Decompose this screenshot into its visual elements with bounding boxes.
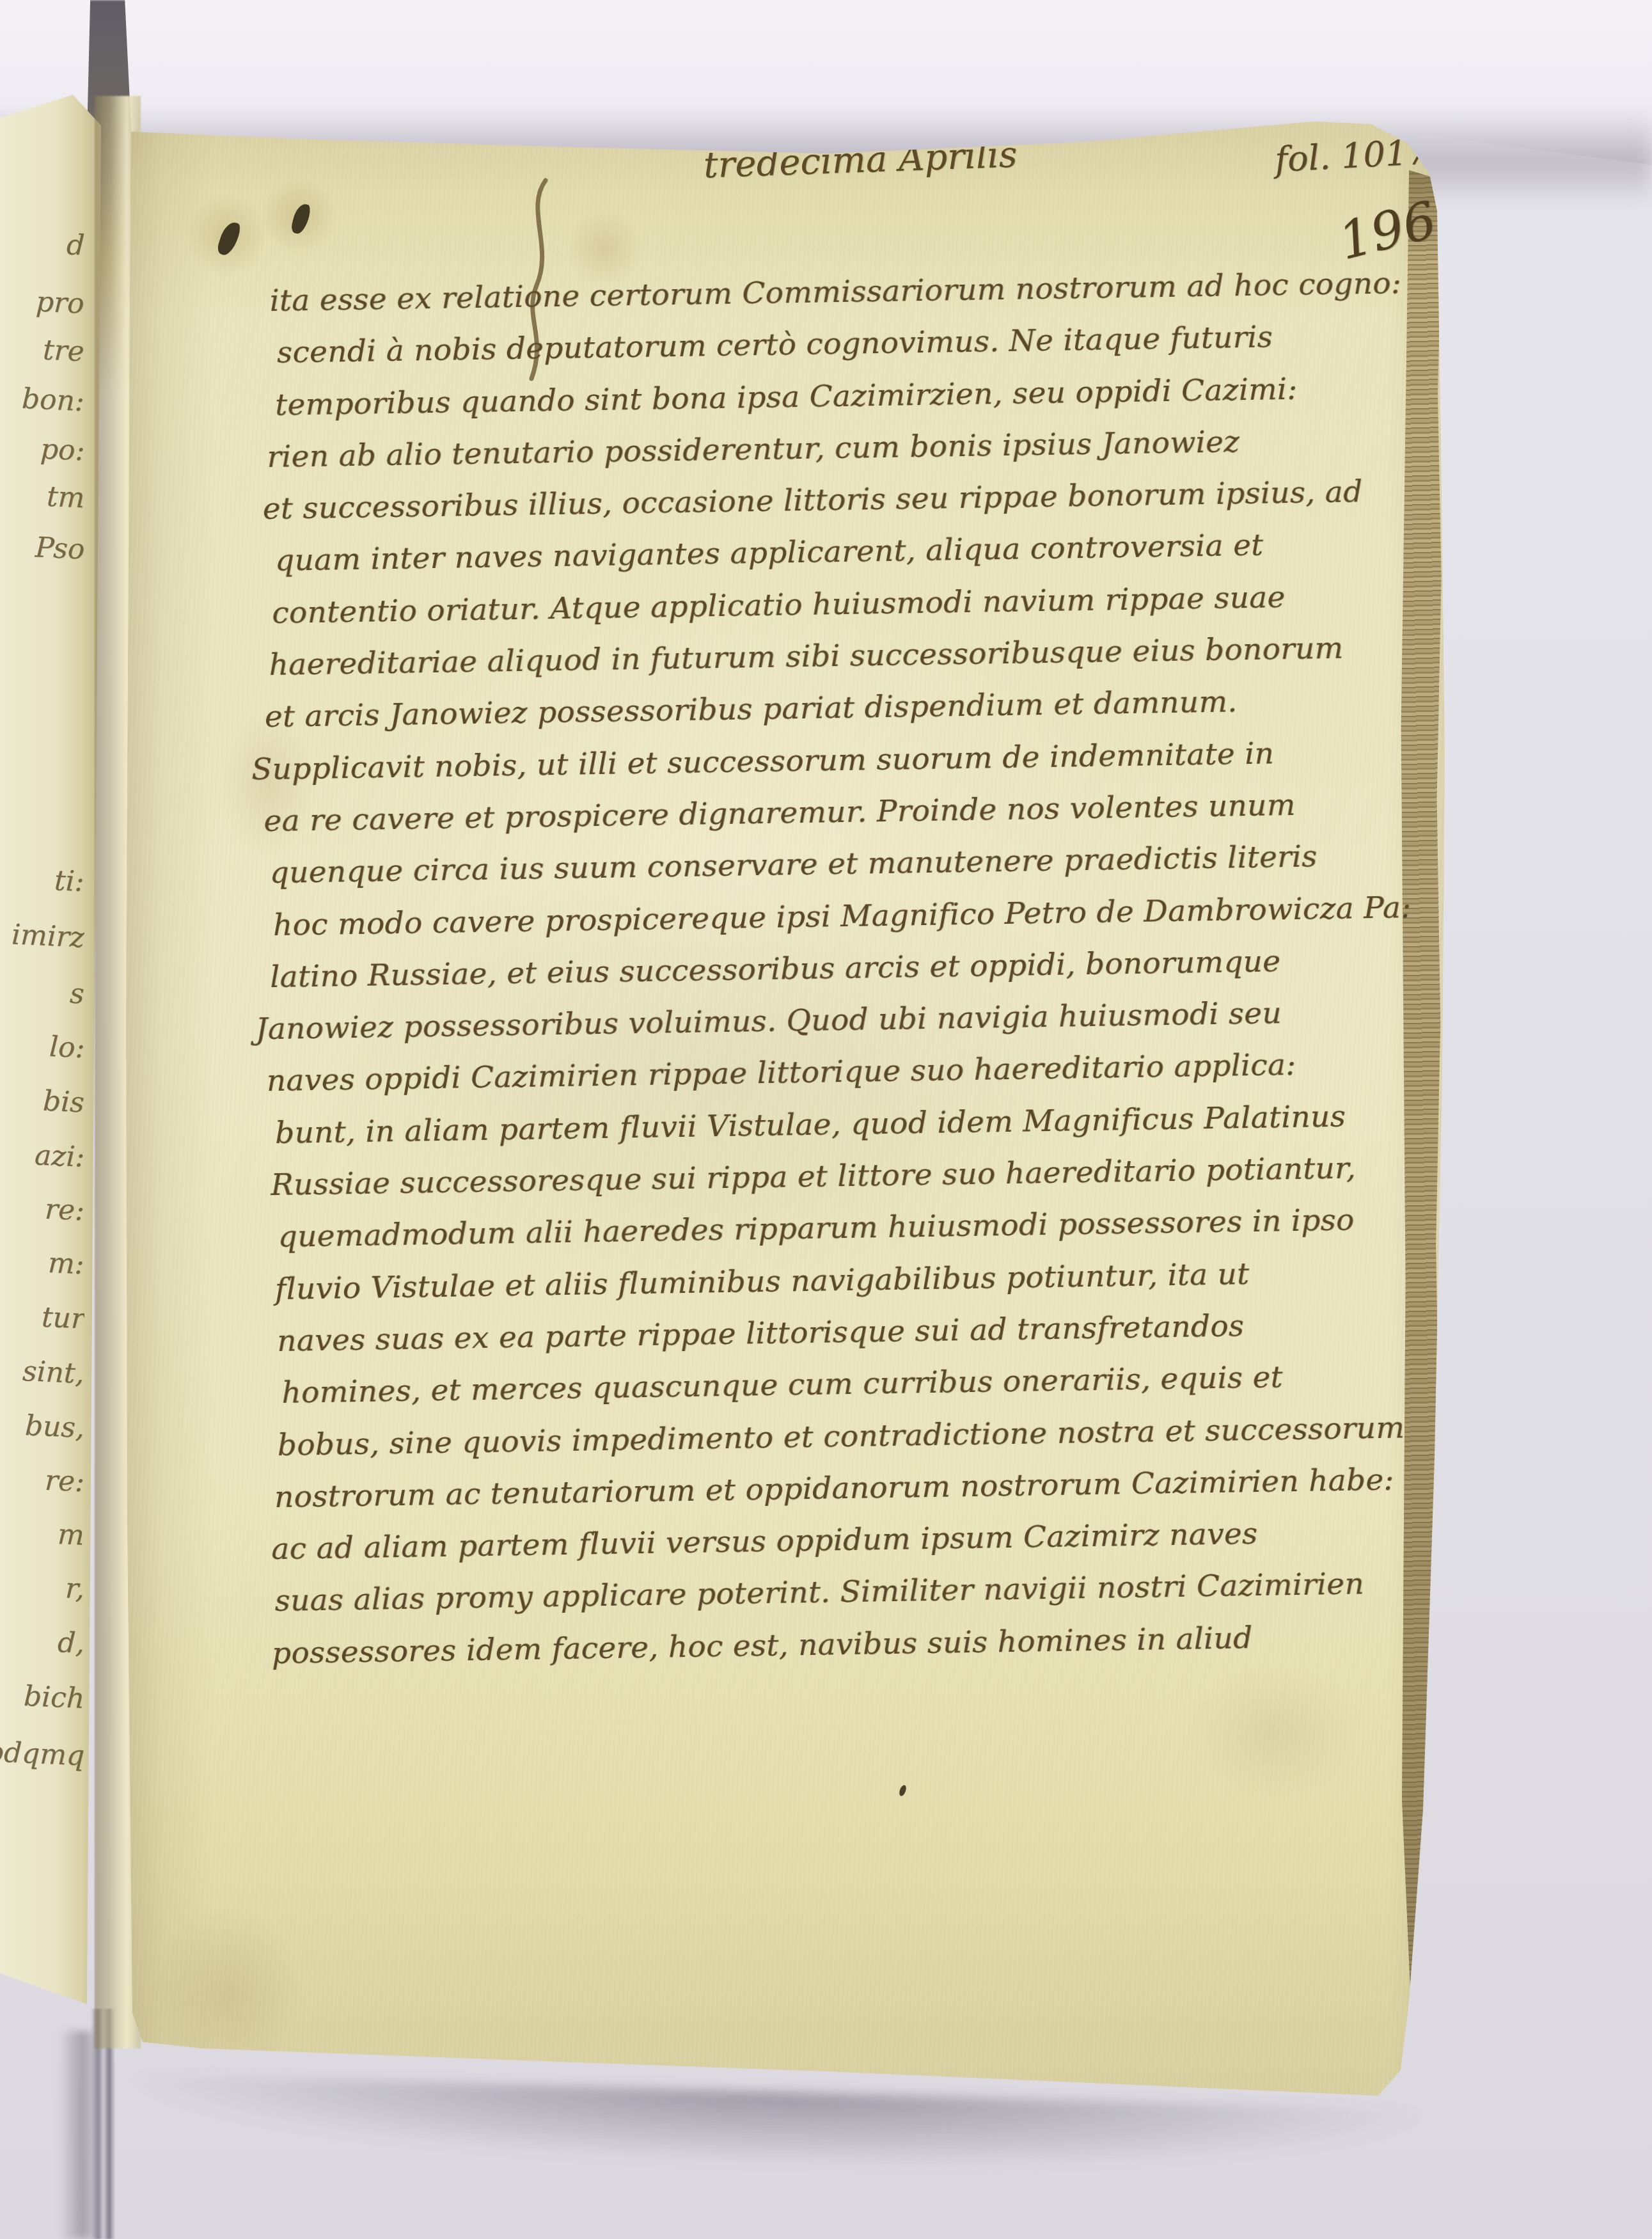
stain bbox=[1186, 1662, 1365, 1803]
margin-fragment: lo: bbox=[49, 1031, 84, 1064]
scanned-manuscript-photo: dprotrebon:po:tmPsoti:imirzslo:bisazi:re… bbox=[0, 0, 1652, 2239]
margin-fragment: bich bbox=[23, 1680, 84, 1715]
margin-fragment: d bbox=[66, 228, 84, 262]
margin-fragment: re: bbox=[44, 1193, 84, 1228]
margin-fragment: tur bbox=[41, 1301, 84, 1336]
margin-fragment: sint, bbox=[22, 1355, 84, 1390]
margin-fragment: d, bbox=[57, 1626, 84, 1660]
manuscript-page: tredecima Aprilis fol. 1017 196 ita esse… bbox=[125, 114, 1452, 2105]
facing-page-edge: dprotrebon:po:tmPsoti:imirzslo:bisazi:re… bbox=[0, 95, 101, 2023]
margin-fragment: re: bbox=[44, 1464, 84, 1499]
margin-fragment: bon: bbox=[21, 383, 84, 418]
margin-fragment: tre bbox=[42, 334, 84, 368]
margin-fragment: pro bbox=[35, 285, 84, 320]
margin-fragment: r, bbox=[65, 1572, 84, 1605]
margin-fragment: m bbox=[57, 1518, 84, 1552]
margin-fragment: Pso bbox=[34, 531, 84, 566]
margin-fragment: tm bbox=[46, 480, 84, 515]
margin-fragment: bus, bbox=[24, 1409, 84, 1444]
margin-fragment: po: bbox=[39, 433, 84, 468]
margin-fragment: s bbox=[69, 977, 84, 1011]
verso-lines: dprotrebon:po:tmPsoti:imirzslo:bisazi:re… bbox=[0, 95, 84, 2023]
margin-fragment: ti: bbox=[54, 864, 84, 898]
stain bbox=[150, 1905, 304, 2084]
margin-fragment: m: bbox=[47, 1247, 84, 1281]
margin-fragment: quodqmq bbox=[0, 1734, 84, 1772]
margin-fragment: bis bbox=[42, 1085, 84, 1119]
margin-fragment: azi: bbox=[34, 1139, 84, 1173]
margin-fragment: imirz bbox=[11, 919, 84, 954]
page-shadow bbox=[132, 2074, 1419, 2183]
text-body: ita esse ex relatione certorum Commissar… bbox=[269, 258, 1365, 1679]
